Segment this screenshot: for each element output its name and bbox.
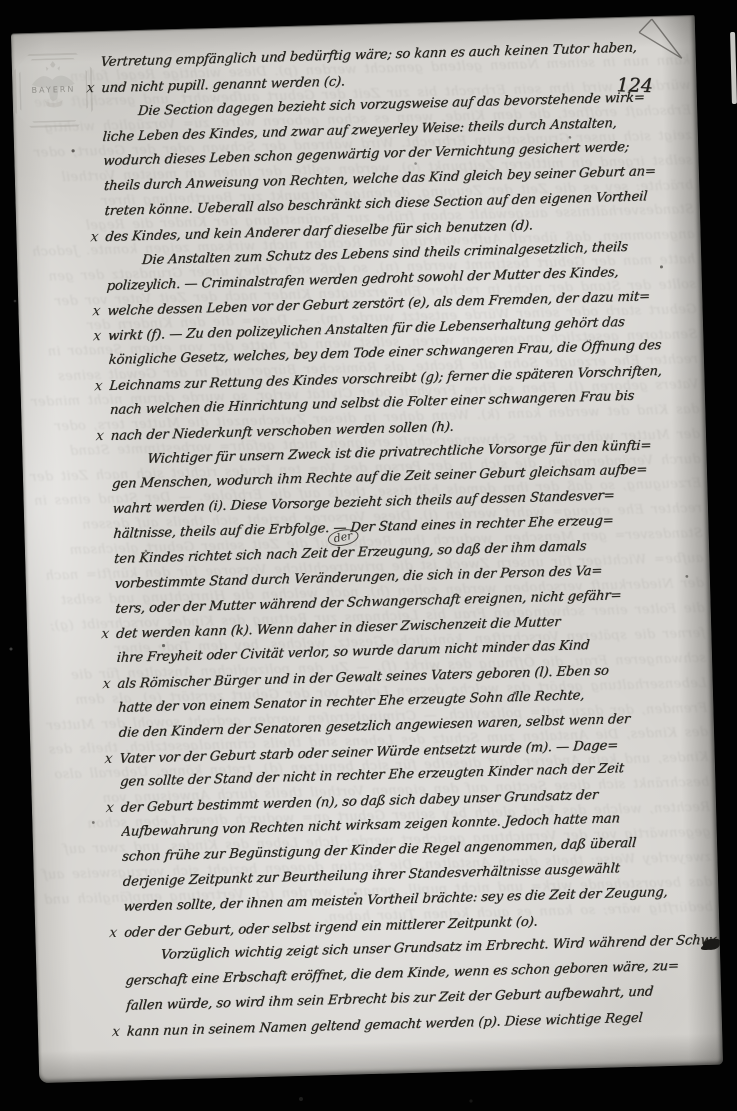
margin-x-mark: x (34, 924, 120, 942)
margin-x-mark (21, 414, 105, 416)
margin-x-mark (30, 737, 114, 739)
margin-x-mark (26, 588, 110, 590)
margin-x-mark (33, 836, 117, 838)
margin-x-mark: x (31, 800, 117, 818)
margin-x-mark (13, 116, 97, 118)
margin-x-mark: x (37, 1024, 123, 1042)
dust-specks (0, 0, 2, 2)
margin-x-mark: x (28, 676, 114, 694)
margin-x-mark (23, 488, 107, 490)
margin-x-mark (24, 513, 108, 515)
margin-x-mark: x (16, 229, 102, 247)
margin-x-mark (37, 985, 121, 987)
margin-x-mark: x (18, 303, 104, 321)
margin-x-mark (20, 364, 104, 366)
margin-x-mark (35, 911, 119, 913)
manuscript-page: kann nun in seinem Namen geltend gemacht… (11, 15, 723, 1083)
page-number: 124 (616, 74, 653, 97)
margin-x-mark (12, 66, 96, 68)
margin-x-mark (34, 886, 118, 888)
margin-x-mark (25, 538, 109, 540)
paper-specks (11, 33, 13, 35)
margin-x-mark (16, 215, 100, 217)
manuscript-lines: Vertretung empfänglich und bedürftig wär… (12, 39, 719, 1051)
margin-x-mark (15, 190, 99, 192)
margin-x-mark: x (26, 626, 112, 644)
margin-x-mark: x (20, 378, 106, 396)
margin-x-mark (23, 464, 107, 466)
margin-x-mark (18, 290, 102, 292)
scanned-document: kann nun in seinem Namen geltend gemacht… (0, 0, 737, 1111)
margin-x-mark (15, 165, 99, 167)
margin-x-mark (36, 960, 120, 962)
insertion-word: der (333, 529, 354, 545)
ink-blot (703, 939, 720, 950)
margin-x-mark (28, 662, 112, 664)
margin-x-mark (31, 786, 115, 788)
margin-x-mark: x (21, 428, 107, 446)
margin-x-mark (14, 141, 98, 143)
margin-x-mark (17, 265, 101, 267)
margin-x-mark: x (12, 80, 98, 98)
margin-x-mark: x (30, 751, 116, 769)
adjacent-page-edge (730, 32, 737, 104)
margin-x-mark (25, 563, 109, 565)
margin-x-mark (29, 712, 113, 714)
margin-x-mark (33, 861, 117, 863)
margin-x-mark (37, 1010, 121, 1012)
margin-x-mark (27, 613, 111, 615)
margin-x-mark: x (18, 328, 104, 346)
